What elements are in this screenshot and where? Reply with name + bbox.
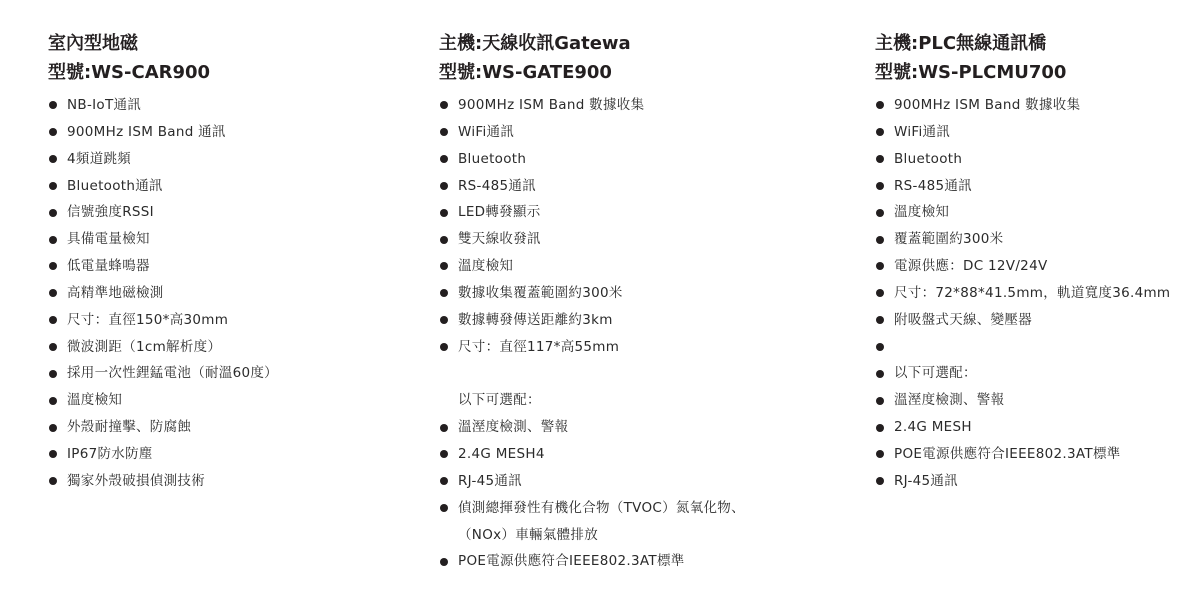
spec-item: 以下可選配： [439,387,745,414]
bullet-dot-icon [876,477,884,485]
spec-item: 溫度檢知 [48,387,278,414]
spec-item: 獨家外殼破損偵測技術 [48,468,278,495]
spec-item: POE電源供應符合IEEE802.3AT標準 [439,548,745,575]
spec-text: IP67防水防塵 [67,446,153,462]
bullet-dot-icon [876,236,884,244]
spec-text: 低電量蜂鳴器 [67,258,150,274]
spec-text: Bluetooth [894,151,962,167]
spec-item: 偵測總揮發性有機化合物（TVOC）氮氧化物、 [439,495,745,522]
bullet-dot-icon [49,182,57,190]
spec-item [875,334,1170,361]
bullet-dot-icon [876,397,884,405]
spec-item [439,360,745,387]
bullet-dot-icon [49,209,57,217]
bullet-dot-icon [49,477,57,485]
bullet-dot-icon [440,316,448,324]
bullet-dot-icon [49,262,57,270]
spec-item: 微波測距（1cm解析度） [48,334,278,361]
bullet-dot-icon [49,128,57,136]
spec-item: WiFi通訊 [875,119,1170,146]
spec-item: 900MHz ISM Band 數據收集 [875,92,1170,119]
spec-item: Bluetooth [439,146,745,173]
spec-item: 數據收集覆蓋範圍約300米 [439,280,745,307]
bullet-dot-icon [49,343,57,351]
bullet-dot-icon [440,182,448,190]
product-model: 型號:WS-CAR900 [48,58,278,87]
spec-text: 以下可選配： [894,365,977,381]
spec-item: RJ-45通訊 [875,468,1170,495]
product-title: 主機:天線收訊Gatewa [439,29,745,58]
spec-text: POE電源供應符合IEEE802.3AT標準 [894,446,1121,462]
bullet-dot-icon [876,262,884,270]
bullet-dot-icon [49,450,57,458]
spec-item: 覆蓋範圍約300米 [875,226,1170,253]
spec-text: 獨家外殼破損偵測技術 [67,473,205,489]
spec-item: IP67防水防塵 [48,441,278,468]
bullet-dot-icon [49,370,57,378]
spec-text: 溫度檢知 [894,204,949,220]
spec-text: 尺寸：直徑117*高55mm [458,339,619,355]
bullet-dot-icon [49,155,57,163]
bullet-dot-icon [440,101,448,109]
spec-item: 附吸盤式天線、變壓器 [875,307,1170,334]
bullet-dot-icon [49,424,57,432]
spec-item: Bluetooth通訊 [48,173,278,200]
spec-item: 數據轉發傳送距離約3km [439,307,745,334]
spec-list: 900MHz ISM Band 數據收集WiFi通訊BluetoothRS-48… [439,92,745,575]
spec-item: 溫度檢知 [439,253,745,280]
spec-text: 信號強度RSSI [67,204,154,220]
bullet-dot-icon [876,101,884,109]
spec-text: 尺寸：72*88*41.5mm，軌道寬度36.4mm [894,285,1170,301]
spec-text: Bluetooth通訊 [67,178,163,194]
spec-item: Bluetooth [875,146,1170,173]
bullet-dot-icon [49,316,57,324]
bullet-dot-icon [876,289,884,297]
spec-text: 雙天線收發訊 [458,231,541,247]
spec-text: 高精準地磁檢測 [67,285,164,301]
spec-item: 高精準地磁檢測 [48,280,278,307]
spec-item: RS-485通訊 [875,173,1170,200]
spec-item: 900MHz ISM Band 通訊 [48,119,278,146]
spec-item: POE電源供應符合IEEE802.3AT標準 [875,441,1170,468]
spec-item: RJ-45通訊 [439,468,745,495]
spec-item: NB-IoT通訊 [48,92,278,119]
spec-item: 尺寸：直徑117*高55mm [439,334,745,361]
bullet-dot-icon [876,343,884,351]
bullet-dot-icon [876,370,884,378]
bullet-dot-icon [876,128,884,136]
spec-text: RS-485通訊 [458,178,536,194]
spec-item: WiFi通訊 [439,119,745,146]
spec-item: 以下可選配： [875,360,1170,387]
spec-item: RS-485通訊 [439,173,745,200]
spec-text: 溫度檢知 [67,392,122,408]
spec-list: 900MHz ISM Band 數據收集WiFi通訊BluetoothRS-48… [875,92,1170,495]
bullet-dot-icon [440,155,448,163]
spec-text: 2.4G MESH4 [458,446,545,462]
bullet-dot-icon [876,155,884,163]
spec-item: 4頻道跳頻 [48,146,278,173]
spec-text: RS-485通訊 [894,178,972,194]
spec-text: 溫溼度檢測、警報 [894,392,1004,408]
spec-item: 外殼耐撞擊、防腐蝕 [48,414,278,441]
spec-list: NB-IoT通訊900MHz ISM Band 通訊4頻道跳頻Bluetooth… [48,92,278,495]
spec-item: 低電量蜂鳴器 [48,253,278,280]
spec-text: 電源供應：DC 12V/24V [894,258,1048,274]
spec-text: RJ-45通訊 [458,473,522,489]
spec-item: 溫溼度檢測、警報 [439,414,745,441]
bullet-dot-icon [440,558,448,566]
spec-text: 900MHz ISM Band 數據收集 [458,97,644,113]
bullet-dot-icon [440,424,448,432]
spec-item: 2.4G MESH4 [439,441,745,468]
product-title: 室內型地磁 [48,29,278,58]
spec-item: 溫度檢知 [875,199,1170,226]
product-model: 型號:WS-PLCMU700 [875,58,1170,87]
spec-text: 4頻道跳頻 [67,151,131,167]
spec-item: 尺寸：72*88*41.5mm，軌道寬度36.4mm [875,280,1170,307]
product-column-car900: 室內型地磁 型號:WS-CAR900 NB-IoT通訊900MHz ISM Ba… [48,29,278,495]
bullet-dot-icon [440,262,448,270]
bullet-dot-icon [876,316,884,324]
spec-text: 2.4G MESH [894,419,972,435]
spec-text: NB-IoT通訊 [67,97,141,113]
bullet-dot-icon [876,209,884,217]
spec-text: LED轉發顯示 [458,204,541,220]
spec-text: 採用一次性鋰錳電池（耐溫60度） [67,365,278,381]
spec-item: 溫溼度檢測、警報 [875,387,1170,414]
spec-text: 900MHz ISM Band 數據收集 [894,97,1080,113]
spec-item: 雙天線收發訊 [439,226,745,253]
spec-item: LED轉發顯示 [439,199,745,226]
spec-item: 2.4G MESH [875,414,1170,441]
product-title: 主機:PLC無線通訊橋 [875,29,1170,58]
spec-item: 尺寸：直徑150*高30mm [48,307,278,334]
bullet-dot-icon [876,450,884,458]
spec-text: 數據轉發傳送距離約3km [458,312,613,328]
bullet-dot-icon [440,236,448,244]
spec-item: 採用一次性鋰錳電池（耐溫60度） [48,360,278,387]
spec-text: 溫度檢知 [458,258,513,274]
spec-item: （NOx）車輛氣體排放 [439,522,745,549]
bullet-dot-icon [440,450,448,458]
spec-text: WiFi通訊 [458,124,514,140]
bullet-dot-icon [49,289,57,297]
spec-text: 附吸盤式天線、變壓器 [894,312,1032,328]
spec-text: WiFi通訊 [894,124,950,140]
bullet-dot-icon [440,128,448,136]
spec-item: 900MHz ISM Band 數據收集 [439,92,745,119]
bullet-dot-icon [49,101,57,109]
spec-text: （NOx）車輛氣體排放 [458,527,598,543]
spec-item: 信號強度RSSI [48,199,278,226]
spec-text: 數據收集覆蓋範圍約300米 [458,285,623,301]
bullet-dot-icon [440,343,448,351]
spec-text: 尺寸：直徑150*高30mm [67,312,228,328]
bullet-dot-icon [440,289,448,297]
bullet-dot-icon [876,182,884,190]
bullet-dot-icon [440,504,448,512]
spec-text: Bluetooth [458,151,526,167]
spec-text: 溫溼度檢測、警報 [458,419,568,435]
spec-text: 具備電量檢知 [67,231,150,247]
bullet-dot-icon [440,477,448,485]
spec-text: 微波測距（1cm解析度） [67,339,221,355]
spec-item: 具備電量檢知 [48,226,278,253]
spec-item: 電源供應：DC 12V/24V [875,253,1170,280]
product-model: 型號:WS-GATE900 [439,58,745,87]
bullet-dot-icon [49,397,57,405]
spec-text: RJ-45通訊 [894,473,958,489]
bullet-dot-icon [49,236,57,244]
product-column-plcmu700: 主機:PLC無線通訊橋 型號:WS-PLCMU700 900MHz ISM Ba… [875,29,1170,495]
spec-text: POE電源供應符合IEEE802.3AT標準 [458,553,685,569]
spec-text: 偵測總揮發性有機化合物（TVOC）氮氧化物、 [458,500,745,516]
spec-text: 外殼耐撞擊、防腐蝕 [67,419,191,435]
spec-text: 覆蓋範圍約300米 [894,231,1003,247]
bullet-dot-icon [440,209,448,217]
bullet-dot-icon [876,424,884,432]
spec-text: 900MHz ISM Band 通訊 [67,124,226,140]
product-column-gate900: 主機:天線收訊Gatewa 型號:WS-GATE900 900MHz ISM B… [439,29,745,575]
spec-text: 以下可選配： [458,392,541,408]
